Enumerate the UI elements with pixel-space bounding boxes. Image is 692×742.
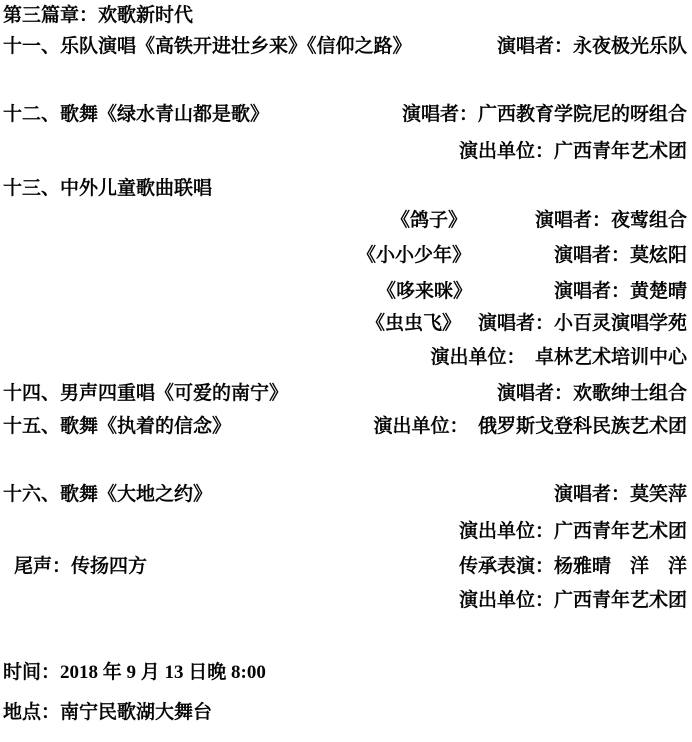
item-label: 十四、男声四重唱《可爱的南宁》 — [3, 383, 288, 405]
song-performer: 演唱者：黄楚晴 — [554, 281, 687, 303]
song-line-duolaimi: 《哆来咪》 演唱者：黄楚晴 — [3, 281, 687, 303]
time-value: 时间：2018 年 9 月 13 日晚 8:00 — [3, 662, 266, 684]
song-title: 《哆来咪》 — [377, 281, 472, 303]
item-unit: 演出单位： 俄罗斯戈登科民族艺术团 — [373, 416, 687, 438]
venue-value: 地点：南宁民歌湖大舞台 — [3, 702, 212, 724]
song-title: 《小小少年》 — [357, 245, 471, 267]
tab-spacer — [461, 313, 478, 314]
unit-line-coda: 演出单位：广西青年艺术团 — [3, 590, 687, 612]
time-line: 时间：2018 年 9 月 13 日晚 8:00 — [3, 662, 687, 684]
item-unit: 演出单位：广西青年艺术团 — [459, 141, 687, 163]
song-line-gezi: 《鸽子》 演唱者：夜莺组合 — [3, 210, 687, 232]
tab-spacer — [472, 281, 554, 282]
item-performer: 演唱者：欢歌绅士组合 — [497, 383, 687, 405]
item-label: 十六、歌舞《大地之约》 — [3, 484, 212, 506]
item-performer: 演唱者：永夜极光乐队 — [497, 36, 687, 58]
song-performer: 演唱者：小百灵演唱学苑 — [478, 313, 687, 335]
program-item-14: 十四、男声四重唱《可爱的南宁》 演唱者：欢歌绅士组合 — [3, 383, 687, 405]
tab-spacer — [471, 245, 554, 246]
program-item-12: 十二、歌舞《绿水青山都是歌》 演唱者：广西教育学院尼的呀组合 — [3, 104, 687, 126]
song-performer: 演唱者：莫炫阳 — [554, 245, 687, 267]
chapter-title: 第三篇章：欢歌新时代 — [3, 5, 193, 27]
unit-line-12: 演出单位：广西青年艺术团 — [3, 141, 687, 163]
tab-spacer — [467, 210, 535, 211]
item-performer: 演唱者：莫笑萍 — [554, 484, 687, 506]
coda-line: 尾声：传扬四方 传承表演：杨雅晴 洋 洋 — [3, 556, 687, 578]
song-performer: 演唱者：夜莺组合 — [535, 210, 687, 232]
item-label: 十五、歌舞《执着的信念》 — [3, 416, 231, 438]
coda-unit: 演出单位：广西青年艺术团 — [459, 590, 687, 612]
song-line-xiaoxiaoshaonian: 《小小少年》 演唱者：莫炫阳 — [3, 245, 687, 267]
coda-label: 尾声：传扬四方 — [3, 556, 147, 578]
unit-line-16: 演出单位：广西青年艺术团 — [3, 521, 687, 543]
item-label: 十二、歌舞《绿水青山都是歌》 — [3, 104, 269, 126]
coda-performer: 传承表演：杨雅晴 洋 洋 — [459, 556, 687, 578]
venue-line: 地点：南宁民歌湖大舞台 — [3, 702, 687, 724]
item-label: 十一、乐队演唱《高铁开进壮乡来》《信仰之路》 — [3, 36, 412, 58]
song-title: 《鸽子》 — [391, 210, 467, 232]
item-label: 十三、中外儿童歌曲联唱 — [3, 178, 212, 200]
unit-line-13: 演出单位： 卓林艺术培训中心 — [3, 347, 687, 369]
song-line-chongchongfei: 《虫虫飞》 演唱者：小百灵演唱学苑 — [3, 313, 687, 335]
program-item-13: 十三、中外儿童歌曲联唱 — [3, 178, 687, 200]
item-unit: 演出单位：广西青年艺术团 — [459, 521, 687, 543]
program-item-16: 十六、歌舞《大地之约》 演唱者：莫笑萍 — [3, 484, 687, 506]
program-document: 第三篇章：欢歌新时代 十一、乐队演唱《高铁开进壮乡来》《信仰之路》 演唱者：永夜… — [0, 0, 692, 742]
program-item-11: 十一、乐队演唱《高铁开进壮乡来》《信仰之路》 演唱者：永夜极光乐队 — [3, 36, 687, 58]
chapter-heading: 第三篇章：欢歌新时代 — [3, 5, 687, 27]
item-performer: 演唱者：广西教育学院尼的呀组合 — [402, 104, 687, 126]
song-title: 《虫虫飞》 — [366, 313, 461, 335]
item-unit: 演出单位： 卓林艺术培训中心 — [430, 347, 687, 369]
program-item-15: 十五、歌舞《执着的信念》 演出单位： 俄罗斯戈登科民族艺术团 — [3, 416, 687, 438]
